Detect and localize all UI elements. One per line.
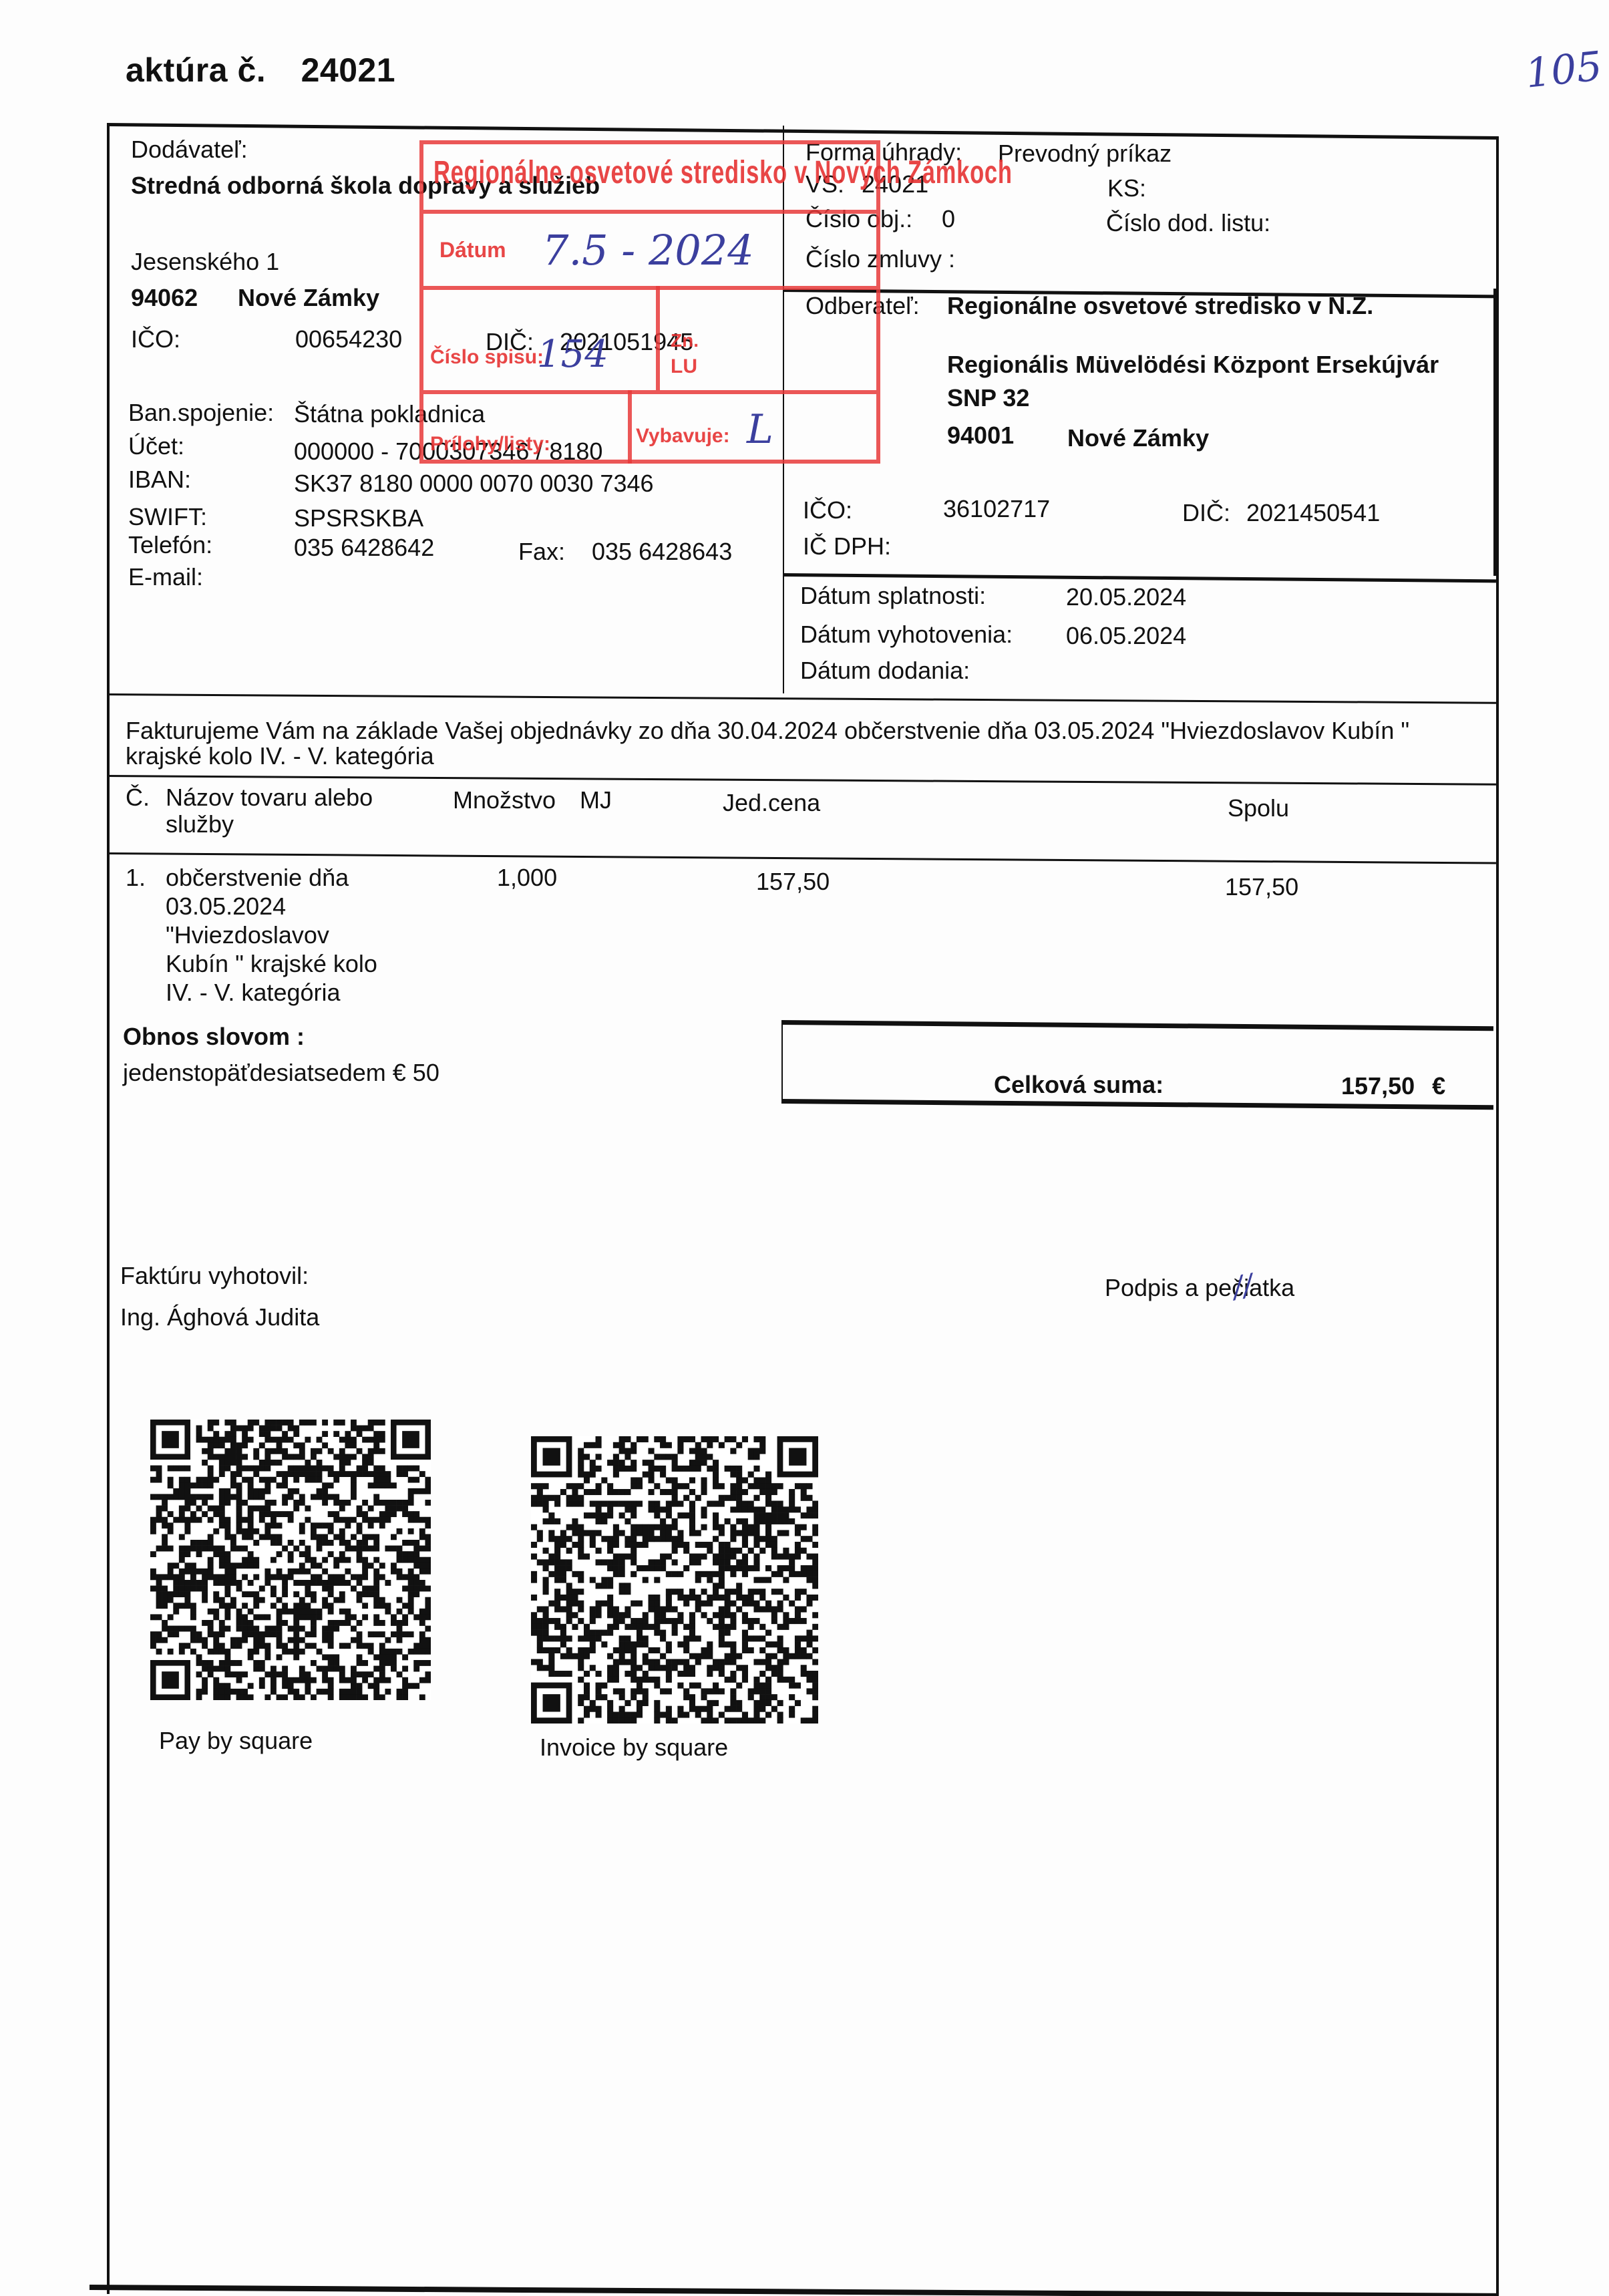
amount-words: jedenstopäťdesiatsedem € 50 (123, 1061, 439, 1085)
pay-by-square-label: Pay by square (159, 1729, 313, 1753)
item-name-line: 03.05.2024 (166, 894, 286, 919)
ks-label: KS: (1107, 176, 1146, 200)
frame-bottom-border (90, 2285, 1499, 2296)
col-header-qty: Množstvo (453, 788, 556, 812)
issued-by-label: Faktúru vyhotovil: (120, 1264, 309, 1288)
col-header-total: Spolu (1228, 796, 1289, 820)
description-top-border (107, 693, 1496, 704)
customer-zip: 94001 (947, 424, 1014, 448)
supplier-iban: SK37 8180 0000 0070 0030 7346 (294, 472, 654, 496)
customer-name-hu: Regionális Müvelödési Központ Ersekújvár (947, 353, 1439, 377)
customer-right-border (1493, 289, 1496, 576)
issued-by-name: Ing. Ághová Judita (120, 1305, 319, 1329)
signature-label: Podpis a pečiatka (1105, 1276, 1294, 1300)
invoice-number: 24021 (301, 51, 396, 89)
col-header-unit-price: Jed.cena (723, 791, 820, 815)
supplier-city: Nové Zámky (238, 286, 379, 310)
invoice-by-square-qr (531, 1436, 818, 1724)
supplier-ico-label: IČO: (131, 327, 180, 351)
total-box-bottom (781, 1099, 1493, 1110)
order-number: 0 (942, 207, 955, 231)
stamp-zn-label: Zn. (671, 330, 699, 351)
customer-street: SNP 32 (947, 386, 1029, 410)
customer-icdph-label: IČ DPH: (803, 534, 891, 558)
item-name-line: občerstvenie dňa (166, 866, 349, 890)
supplier-swift: SPSRSKBA (294, 506, 423, 530)
col-header-unit: MJ (580, 788, 612, 812)
stamp-handler-value: L (747, 406, 773, 453)
supplier-fax: 035 6428643 (592, 540, 732, 564)
due-date: 20.05.2024 (1066, 585, 1186, 609)
supplier-swift-label: SWIFT: (128, 505, 207, 529)
invoice-description-line2: krajské kolo IV. - V. kategória (126, 744, 434, 768)
item-total: 157,50 (1225, 875, 1298, 899)
stamp-divider (656, 286, 660, 390)
item-name-line: Kubín " krajské kolo (166, 952, 377, 976)
supplier-bank-label: Ban.spojenie: (128, 401, 274, 425)
invoice-by-square-label: Invoice by square (540, 1736, 728, 1760)
item-name-line: "Hviezdoslavov (166, 923, 329, 947)
payment-method: Prevodný príkaz (998, 142, 1172, 166)
stamp-date-label: Dátum (439, 238, 506, 263)
stamp-file-no-label: Číslo spisu: (430, 346, 544, 369)
total-currency: € (1432, 1072, 1445, 1100)
invoice-title-prefix: aktúra č. (126, 51, 266, 89)
handwritten-page-number: 105 (1524, 43, 1604, 98)
stamp-date-value: 7.5 - 2024 (542, 226, 754, 275)
stamp-handler-label: Vybavuje: (636, 425, 730, 448)
due-date-label: Dátum splatnosti: (800, 584, 986, 608)
stamp-divider (423, 390, 876, 394)
total-box-top (781, 1020, 1493, 1031)
supplier-iban-label: IBAN: (128, 468, 191, 492)
frame-right-border (1496, 137, 1499, 2295)
registry-stamp: Regionálne osvetové stredisko v Nových Z… (419, 140, 880, 464)
item-qty: 1,000 (497, 866, 557, 890)
supplier-zip: 94062 (131, 286, 198, 310)
stamp-divider (423, 286, 876, 290)
table-header-bottom-border (107, 852, 1496, 864)
stamp-divider (628, 390, 632, 464)
delivery-date-label: Dátum dodania: (800, 659, 970, 683)
frame-left-border (107, 123, 110, 2294)
stamp-lu-label: LU (671, 355, 697, 378)
stamp-divider (423, 210, 876, 214)
item-no: 1. (126, 866, 146, 890)
invoice-title: aktúra č. 24021 (126, 51, 395, 90)
supplier-phone: 035 6428642 (294, 536, 434, 560)
total-box-left (781, 1021, 783, 1102)
supplier-email-label: E-mail: (128, 565, 203, 589)
customer-ico: 36102717 (943, 497, 1050, 521)
issue-date: 06.05.2024 (1066, 624, 1186, 648)
supplier-label: Dodávateľ: (131, 138, 248, 162)
customer-name: Regionálne osvetové stredisko v N.Z. (947, 294, 1373, 318)
total-label: Celková suma: (994, 1073, 1164, 1097)
customer-dic-label: DIČ: (1182, 501, 1230, 525)
invoice-description-line1: Fakturujeme Vám na základe Vašej objedná… (126, 719, 1409, 743)
stamp-file-no-value: 154 (537, 333, 608, 376)
col-header-no: Č. (126, 786, 150, 810)
frame-top-border (107, 123, 1499, 140)
issue-date-label: Dátum vyhotovenia: (800, 623, 1013, 647)
item-unit-price: 157,50 (756, 870, 830, 894)
supplier-fax-label: Fax: (518, 540, 565, 564)
stamp-header: Regionálne osvetové stredisko v Nových Z… (433, 154, 1013, 191)
supplier-phone-label: Telefón: (128, 533, 212, 557)
supplier-street: Jesenského 1 (131, 250, 279, 274)
col-header-name-1: Názov tovaru alebo (166, 786, 373, 810)
total-amount: 157,50 € (1341, 1074, 1445, 1098)
supplier-ico: 00654230 (295, 327, 402, 351)
total-value: 157,50 (1341, 1072, 1415, 1100)
customer-city: Nové Zámky (1067, 426, 1209, 450)
supplier-account-label: Účet: (128, 434, 184, 458)
item-name-line: IV. - V. kategória (166, 981, 341, 1005)
stamp-attachments-label: Prílohy/listy: (430, 433, 550, 456)
delivery-note-label: Číslo dod. listu: (1106, 211, 1270, 235)
customer-dic: 2021450541 (1246, 501, 1380, 525)
customer-ico-label: IČO: (803, 498, 852, 522)
pay-by-square-qr (150, 1420, 431, 1700)
amount-words-label: Obnos slovom : (123, 1025, 305, 1049)
col-header-name-2: služby (166, 812, 234, 836)
